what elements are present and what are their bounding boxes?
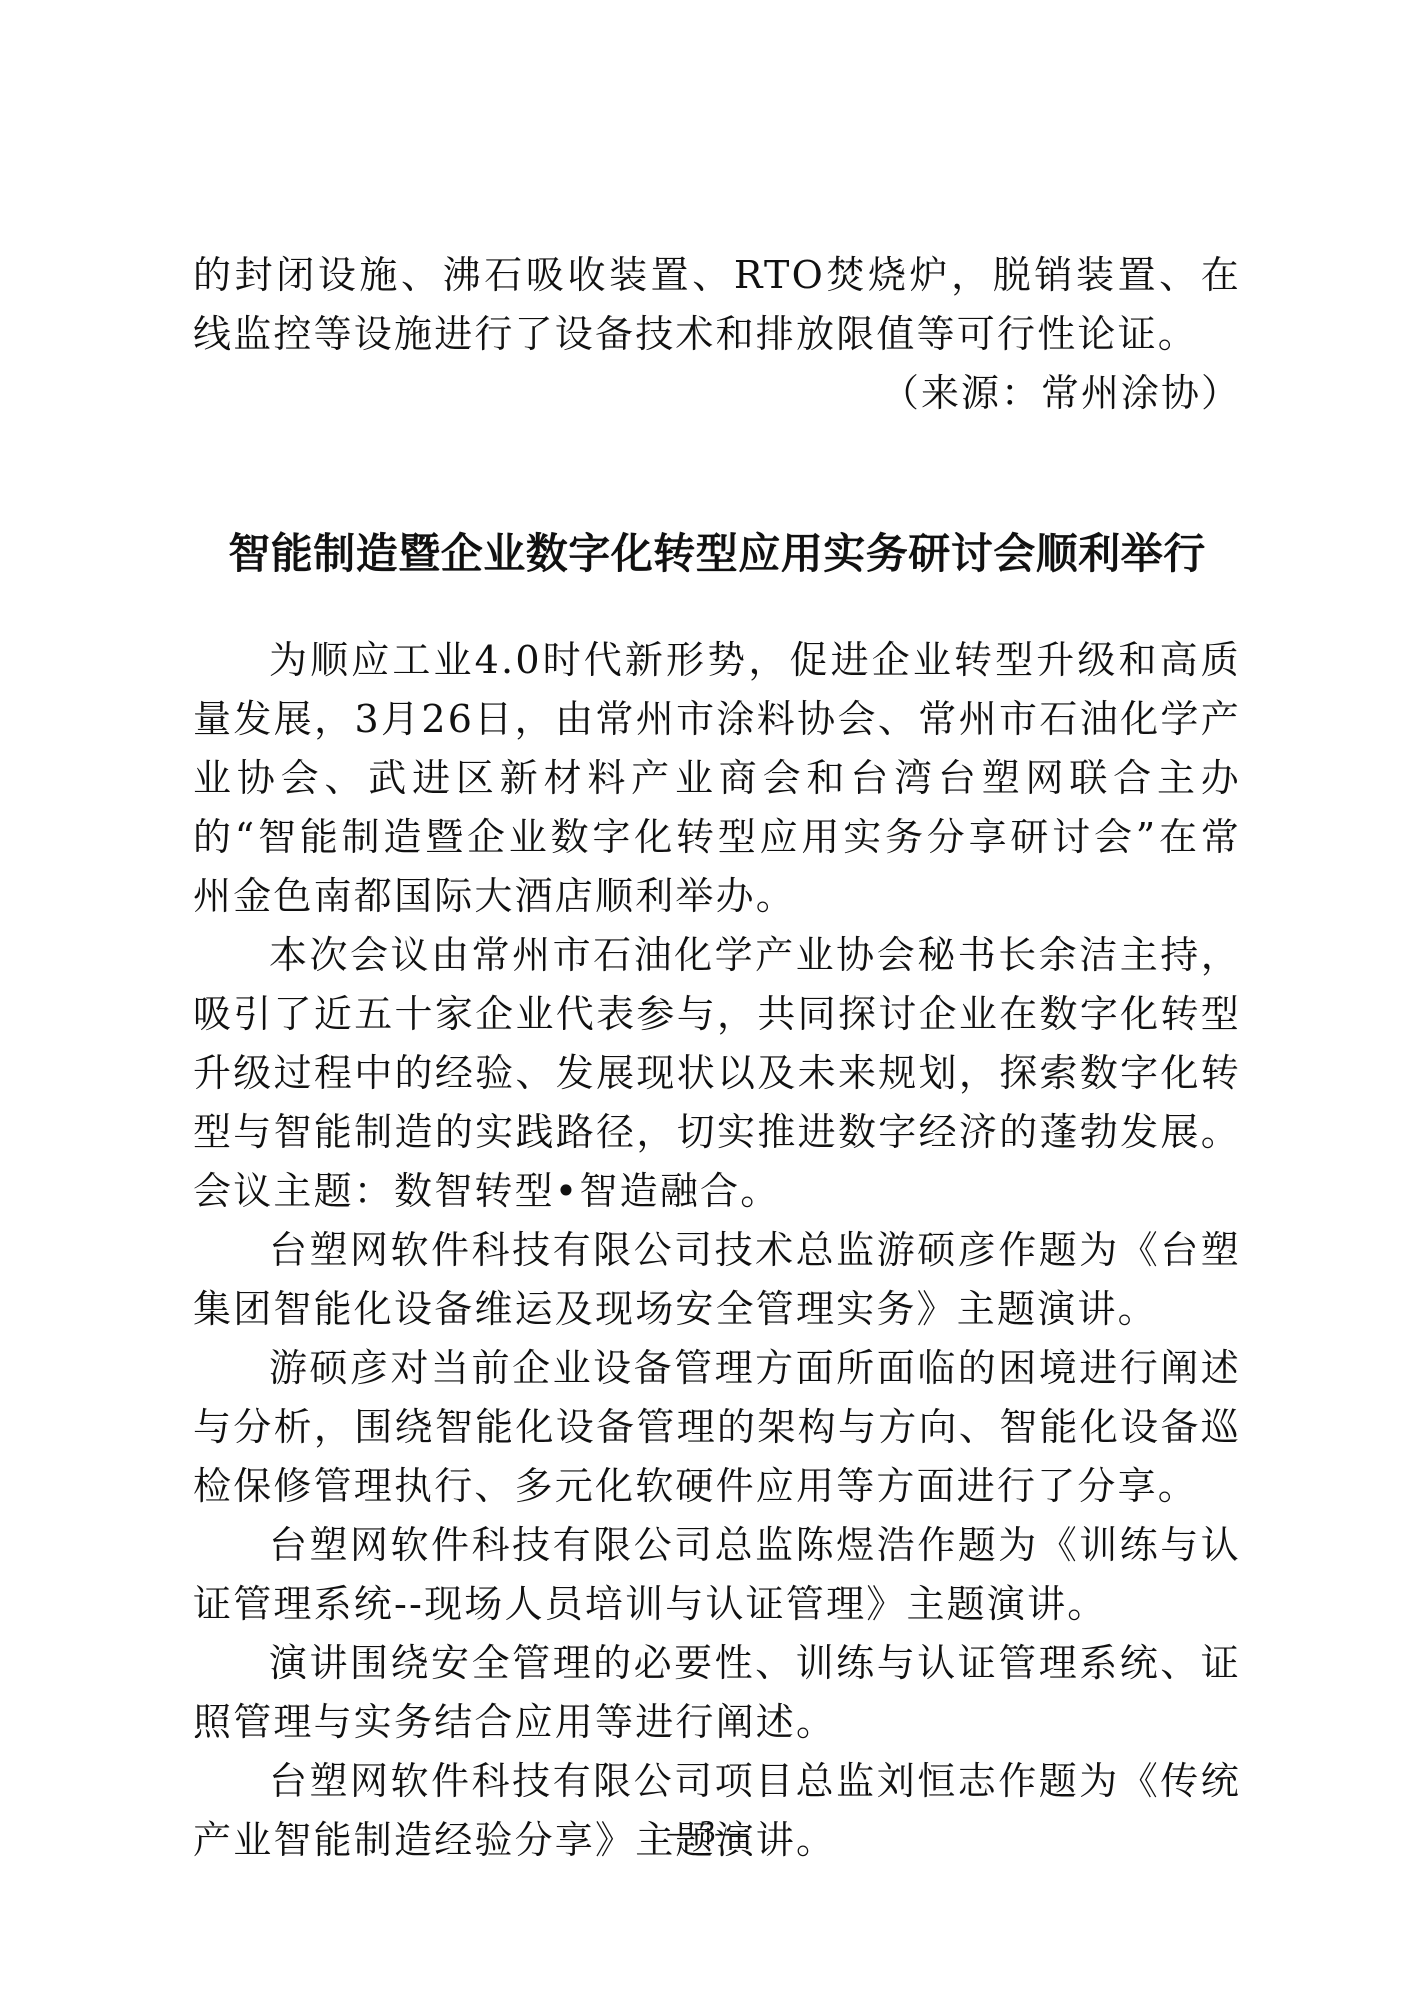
- article-paragraph-6: 演讲围绕安全管理的必要性、训练与认证管理系统、证照管理与实务结合应用等进行阐述。: [193, 1634, 1241, 1752]
- continued-section: 的封闭设施、沸石吸收装置、RTO焚烧炉，脱销装置、在线监控等设施进行了设备技术和…: [193, 246, 1241, 364]
- article-paragraph-5: 台塑网软件科技有限公司总监陈煜浩作题为《训练与认证管理系统--现场人员培训与认证…: [193, 1516, 1241, 1634]
- article-paragraph-1: 为顺应工业4.0时代新形势，促进企业转型升级和高质量发展，3月26日，由常州市涂…: [193, 631, 1241, 926]
- article-paragraph-3: 台塑网软件科技有限公司技术总监游硕彦作题为《台塑集团智能化设备维运及现场安全管理…: [193, 1221, 1241, 1339]
- continued-paragraph: 的封闭设施、沸石吸收装置、RTO焚烧炉，脱销装置、在线监控等设施进行了设备技术和…: [193, 246, 1241, 364]
- source-attribution: （来源：常州涂协）: [881, 364, 1241, 423]
- page-number: —3—: [0, 1806, 1415, 1856]
- article-body: 为顺应工业4.0时代新形势，促进企业转型升级和高质量发展，3月26日，由常州市涂…: [193, 631, 1241, 1870]
- article-paragraph-4: 游硕彦对当前企业设备管理方面所面临的困境进行阐述与分析，围绕智能化设备管理的架构…: [193, 1339, 1241, 1516]
- document-page: 的封闭设施、沸石吸收装置、RTO焚烧炉，脱销装置、在线监控等设施进行了设备技术和…: [0, 0, 1415, 2000]
- article-title: 智能制造暨企业数字化转型应用实务研讨会顺利举行: [193, 524, 1241, 584]
- article-paragraph-2: 本次会议由常州市石油化学产业协会秘书长余洁主持，吸引了近五十家企业代表参与，共同…: [193, 926, 1241, 1221]
